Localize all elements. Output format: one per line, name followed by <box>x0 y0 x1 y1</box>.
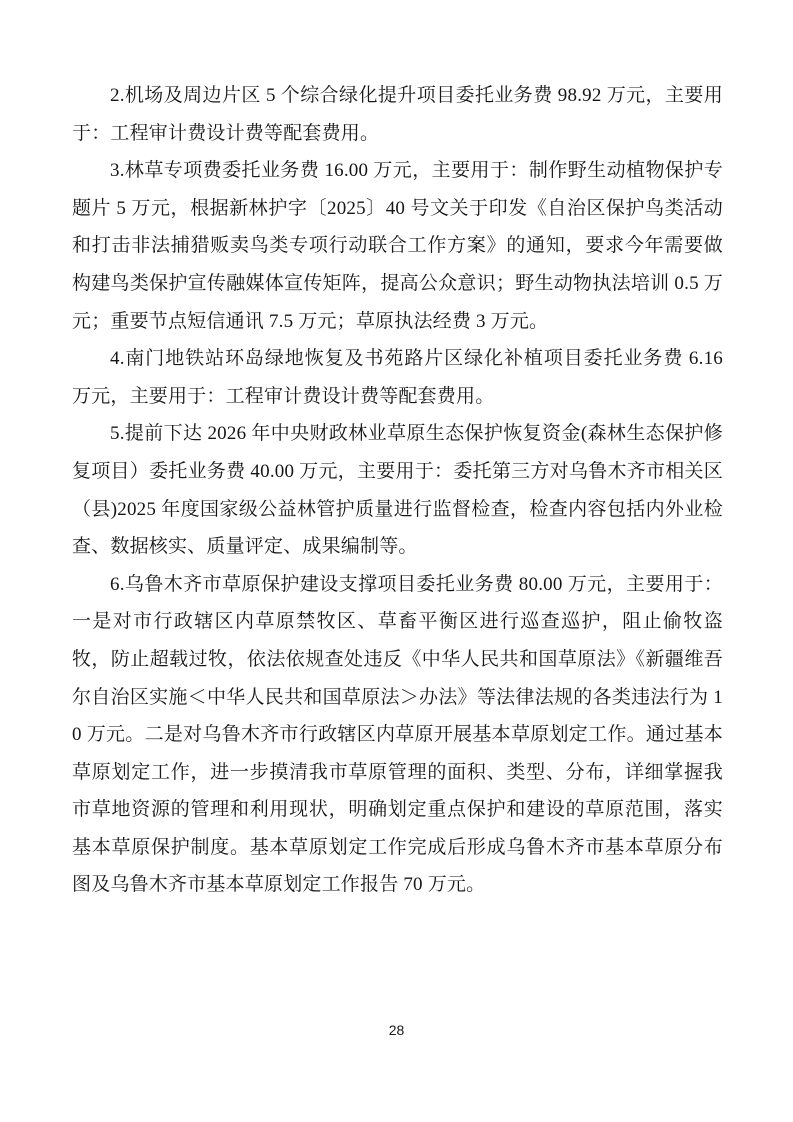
document-page: 2.机场及周边片区 5 个综合绿化提升项目委托业务费 98.92 万元，主要用于… <box>0 0 793 1122</box>
paragraph-item-3: 3.林草专项费委托业务费 16.00 万元，主要用于：制作野生动植物保护专题片 … <box>72 152 723 340</box>
paragraph-item-5: 5.提前下达 2026 年中央财政林业草原生态保护恢复资金(森林生态保护修复项目… <box>72 415 723 565</box>
paragraph-item-4: 4.南门地铁站环岛绿地恢复及书苑路片区绿化补植项目委托业务费 6.16 万元，主… <box>72 340 723 415</box>
paragraph-item-6: 6.乌鲁木齐市草原保护建设支撑项目委托业务费 80.00 万元，主要用于：一是对… <box>72 566 723 904</box>
page-number: 28 <box>389 1022 405 1038</box>
paragraph-item-2: 2.机场及周边片区 5 个综合绿化提升项目委托业务费 98.92 万元，主要用于… <box>72 77 723 152</box>
page-footer: 28 <box>0 1022 793 1040</box>
document-body: 2.机场及周边片区 5 个综合绿化提升项目委托业务费 98.92 万元，主要用于… <box>72 77 723 904</box>
